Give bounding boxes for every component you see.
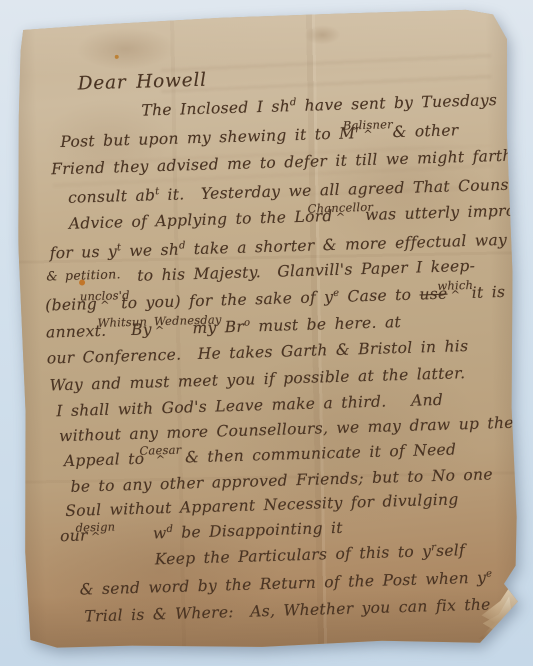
interlinear-insertion: unclos'd^ xyxy=(97,296,114,314)
letter-line: Dear Howell xyxy=(77,70,207,95)
inserted-word: Balisner xyxy=(343,118,393,133)
handwritten-text: Way and must meet you if possible at the… xyxy=(49,364,465,394)
letter-line: Trial is & Where: As, Whether you can fi… xyxy=(84,596,491,626)
marginal-insertion: & petition. xyxy=(46,266,121,283)
handwritten-text: consult ab xyxy=(68,186,156,207)
inserted-word: design xyxy=(75,520,115,534)
letter-photo: Dear HowellThe Inclosed I shd have sent … xyxy=(0,0,533,666)
interlinear-insertion: which^ xyxy=(447,285,464,303)
letter-line: & petition. to his Majesty. Glanvill's P… xyxy=(46,257,475,289)
letter-paper: Dear HowellThe Inclosed I shd have sent … xyxy=(10,3,522,654)
letter-line: Keep the Particulars of this to yrself xyxy=(155,541,466,569)
handwritten-text: for us y xyxy=(49,242,117,262)
page-background: { "scene": { "background_top": "#dfe7ef"… xyxy=(0,0,533,666)
handwritten-text: have sent by Tuesdays xyxy=(296,91,497,115)
letter-line: ourdesign^ wd be Disappointing it xyxy=(60,519,343,546)
handwritten-text: Keep the Particulars of this to y xyxy=(155,542,432,568)
interlinear-insertion: Chancellor^ xyxy=(332,208,349,226)
inserted-word: unclos'd xyxy=(80,289,130,304)
handwritten-text: we sh xyxy=(121,241,180,261)
handwritten-text: & then communicate it of Need xyxy=(168,440,456,467)
handwritten-text: I shall with God's Leave make a third. A… xyxy=(56,391,443,420)
letter-line: Friend they advised me to defer it till … xyxy=(51,147,530,179)
handwritten-text: Post but upon my shewing it to M xyxy=(60,124,355,151)
inserted-word: which xyxy=(437,278,473,292)
superscript-letter: e xyxy=(486,568,492,579)
inserted-word: Chancellor xyxy=(307,200,373,215)
letter-line: Advice of Applying to the LordChancellor… xyxy=(69,202,533,234)
interlinear-insertion: Caesar^ xyxy=(152,450,169,468)
letter-line: Appeal to Caesar^ & then communicate it … xyxy=(64,441,457,470)
handwritten-text: be Disappointing it xyxy=(173,519,343,542)
superscript-letter: r xyxy=(508,176,513,187)
letter-line: (beingunclos'd^ to you) for the sake of … xyxy=(45,283,506,315)
handwritten-text: was utterly improper xyxy=(348,201,533,225)
handwritten-text: Case to xyxy=(339,285,420,305)
handwritten-text: Advice of Applying to the Lord xyxy=(69,207,333,233)
letter-line: annext. ByWhitsun Wednesday^ my Bro must… xyxy=(46,313,402,342)
interlinear-insertion: design^ xyxy=(87,527,104,545)
letter-line: our Conference. He takes Garth & Bristol… xyxy=(47,338,469,368)
letter-line: Way and must meet you if possible at the… xyxy=(49,365,465,395)
handwritten-text: to his Majesty. Glanvill's Paper I keep- xyxy=(121,257,476,286)
inserted-word: Caesar xyxy=(139,443,181,457)
handwritten-text: Fazgilly's xyxy=(513,173,533,193)
letter-line: & send word by the Return of the Post wh… xyxy=(79,568,492,599)
letter-line: The Inclosed I shd have sent by Tuesdays xyxy=(141,91,497,120)
handwritten-text: self xyxy=(436,541,466,560)
handwritten-text: must be here. at xyxy=(250,313,401,335)
letter-lines: Dear HowellThe Inclosed I shd have sent … xyxy=(7,0,526,655)
handwritten-text: to you) for the sake of y xyxy=(113,288,334,313)
handwritten-text: Friend they advised me to defer it till … xyxy=(51,146,530,178)
letter-line: Soul without Apparent Necessity for divu… xyxy=(65,491,459,520)
handwritten-text: The Inclosed I sh xyxy=(141,97,290,119)
handwritten-text: Dear Howell xyxy=(77,70,207,95)
handwritten-text: take a shorter & more effectual way xyxy=(185,231,507,259)
handwritten-text: our Conference. He takes Garth & Bristol… xyxy=(47,337,469,368)
handwritten-text: Trial is & Where: As, Whether you can fi… xyxy=(84,595,491,625)
handwritten-text: & send word by the Return of the Post wh… xyxy=(79,569,486,599)
letter-line: Post but upon my shewing it to MrBalisne… xyxy=(60,121,459,152)
interlinear-insertion: Whitsun Wednesday^ xyxy=(152,321,169,339)
interlinear-insertion: Balisner^ xyxy=(360,125,377,143)
